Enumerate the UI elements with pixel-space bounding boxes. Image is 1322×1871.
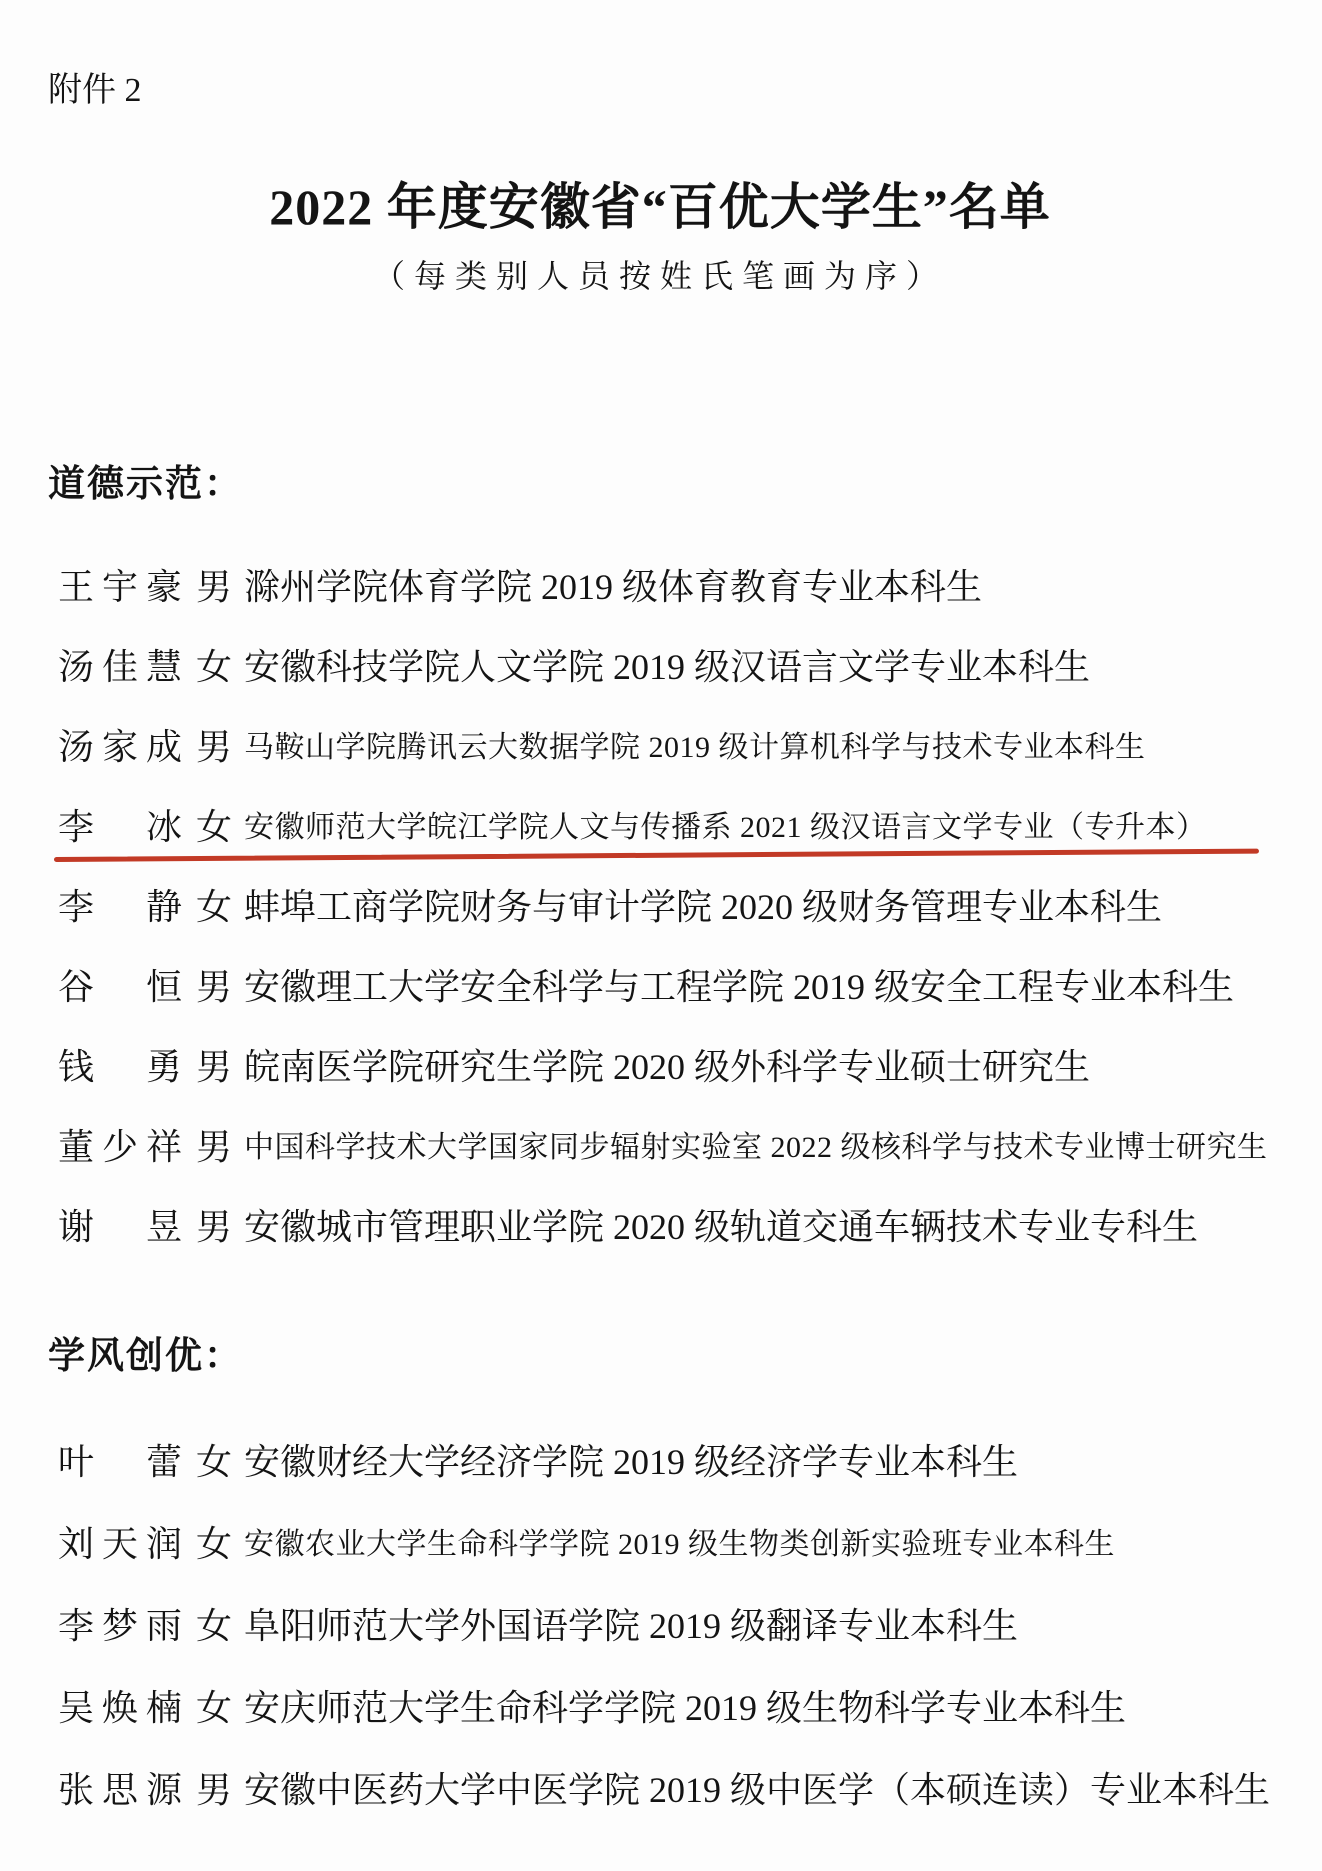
student-gender: 女 — [196, 799, 232, 850]
list-item: 董少祥男中国科学技术大学国家同步辐射实验室 2022 级核科学与技术专业博士研究… — [48, 1104, 1272, 1184]
list-item: 汤佳慧女安徽科技学院人文学院 2019 级汉语言文学专业本科生 — [48, 624, 1272, 704]
student-name: 谷恒 — [58, 959, 182, 1010]
student-gender: 女 — [196, 1680, 232, 1731]
student-description: 安徽中医药大学中医学院 2019 级中医学（本硕连读）专业本科生 — [244, 1762, 1270, 1813]
list-item: 刘天润女安徽农业大学生命科学学院 2019 级生物类创新实验班专业本科生 — [48, 1500, 1272, 1582]
section-heading-academic-excellence: 学风创优： — [48, 1330, 1272, 1382]
list-item: 吴焕楠女安庆师范大学生命科学学院 2019 级生物科学专业本科生 — [48, 1664, 1272, 1746]
list-item: 李梦雨女阜阳师范大学外国语学院 2019 级翻译专业本科生 — [48, 1582, 1272, 1664]
student-description: 安徽理工大学安全科学与工程学院 2019 级安全工程专业本科生 — [244, 959, 1234, 1010]
student-description: 安徽农业大学生命科学学院 2019 级生物类创新实验班专业本科生 — [244, 1519, 1115, 1563]
list-item: 叶蕾女安徽财经大学经济学院 2019 级经济学专业本科生 — [48, 1418, 1272, 1500]
list-item: 张思源男安徽中医药大学中医学院 2019 级中医学（本硕连读）专业本科生 — [48, 1746, 1272, 1828]
document-page: 附件 2 2022 年度安徽省“百优大学生”名单 （每类别人员按姓氏笔画为序） … — [0, 0, 1322, 1871]
student-name: 谢昱 — [58, 1199, 182, 1250]
student-description: 中国科学技术大学国家同步辐射实验室 2022 级核科学与技术专业博士研究生 — [244, 1122, 1268, 1166]
student-gender: 女 — [196, 879, 232, 930]
student-gender: 男 — [196, 1039, 232, 1090]
document-title: 2022 年度安徽省“百优大学生”名单 — [48, 176, 1272, 238]
student-gender: 男 — [196, 1762, 232, 1813]
student-name: 吴焕楠 — [58, 1680, 182, 1731]
student-gender: 男 — [196, 559, 232, 610]
student-gender: 女 — [196, 1516, 232, 1567]
list-item: 李冰女安徽师范大学皖江学院人文与传播系 2021 级汉语言文学专业（专升本） — [48, 784, 1272, 864]
student-description: 皖南医学院研究生学院 2020 级外科学专业硕士研究生 — [244, 1039, 1090, 1090]
student-description: 安徽师范大学皖江学院人文与传播系 2021 级汉语言文学专业（专升本） — [244, 802, 1207, 846]
student-description: 安徽科技学院人文学院 2019 级汉语言文学专业本科生 — [244, 639, 1090, 690]
list-item: 谢昱男安徽城市管理职业学院 2020 级轨道交通车辆技术专业专科生 — [48, 1184, 1272, 1264]
student-description: 滁州学院体育学院 2019 级体育教育专业本科生 — [244, 559, 982, 610]
student-name: 张思源 — [58, 1762, 182, 1813]
attachment-label: 附件 2 — [48, 0, 1272, 112]
student-gender: 男 — [196, 719, 232, 770]
student-description: 安徽城市管理职业学院 2020 级轨道交通车辆技术专业专科生 — [244, 1199, 1198, 1250]
student-gender: 男 — [196, 1199, 232, 1250]
list-item: 李静女蚌埠工商学院财务与审计学院 2020 级财务管理专业本科生 — [48, 864, 1272, 944]
student-gender: 女 — [196, 639, 232, 690]
student-name: 董少祥 — [58, 1119, 182, 1170]
student-description: 安庆师范大学生命科学学院 2019 级生物科学专业本科生 — [244, 1680, 1126, 1731]
student-description: 马鞍山学院腾讯云大数据学院 2019 级计算机科学与技术专业本科生 — [244, 722, 1146, 766]
student-list-moral-model: 王宇豪男滁州学院体育学院 2019 级体育教育专业本科生汤佳慧女安徽科技学院人文… — [48, 544, 1272, 1264]
list-item: 钱勇男皖南医学院研究生学院 2020 级外科学专业硕士研究生 — [48, 1024, 1272, 1104]
student-list-academic-excellence: 叶蕾女安徽财经大学经济学院 2019 级经济学专业本科生刘天润女安徽农业大学生命… — [48, 1418, 1272, 1828]
student-name: 汤家成 — [58, 719, 182, 770]
student-description: 阜阳师范大学外国语学院 2019 级翻译专业本科生 — [244, 1598, 1018, 1649]
student-name: 汤佳慧 — [58, 639, 182, 690]
student-description: 安徽财经大学经济学院 2019 级经济学专业本科生 — [244, 1434, 1018, 1485]
student-name: 叶蕾 — [58, 1434, 182, 1485]
student-gender: 女 — [196, 1598, 232, 1649]
student-name: 王宇豪 — [58, 559, 182, 610]
student-gender: 女 — [196, 1434, 232, 1485]
list-item: 谷恒男安徽理工大学安全科学与工程学院 2019 级安全工程专业本科生 — [48, 944, 1272, 1024]
list-item: 汤家成男马鞍山学院腾讯云大数据学院 2019 级计算机科学与技术专业本科生 — [48, 704, 1272, 784]
student-gender: 男 — [196, 959, 232, 1010]
section-heading-moral-model: 道德示范： — [48, 458, 1272, 510]
student-name: 钱勇 — [58, 1039, 182, 1090]
document-subtitle: （每类别人员按姓氏笔画为序） — [48, 254, 1272, 298]
student-name: 李冰 — [58, 799, 182, 850]
student-name: 刘天润 — [58, 1516, 182, 1567]
list-item: 王宇豪男滁州学院体育学院 2019 级体育教育专业本科生 — [48, 544, 1272, 624]
highlight-underline — [54, 849, 1259, 862]
student-gender: 男 — [196, 1119, 232, 1170]
student-name: 李梦雨 — [58, 1598, 182, 1649]
student-description: 蚌埠工商学院财务与审计学院 2020 级财务管理专业本科生 — [244, 879, 1162, 930]
student-name: 李静 — [58, 879, 182, 930]
